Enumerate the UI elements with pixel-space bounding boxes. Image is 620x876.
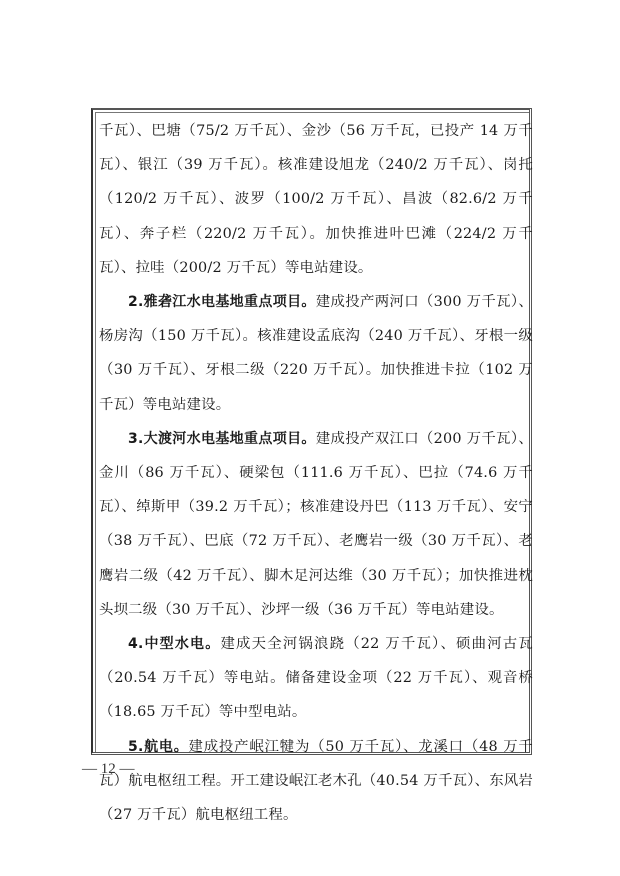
document-body: 千瓦）、巴塘（75/2 万千瓦）、金沙（56 万千瓦，已投产 14 万千瓦）、银… [99, 114, 533, 832]
page-number: — 12 — [82, 761, 135, 778]
paragraph-navigation-power: 5.航电。建成投产岷江犍为（50 万千瓦）、龙溪口（48 万千瓦）航电枢纽工程。… [99, 730, 533, 833]
paragraph-text: 建成投产双江口（200 万千瓦）、金川（86 万千瓦）、硬梁包（111.6 万千… [99, 431, 533, 618]
paragraph-yalong-river: 2.雅砻江水电基地重点项目。建成投产两河口（300 万千瓦）、杨房沟（150 万… [99, 285, 533, 422]
section-heading: 3.大渡河水电基地重点项目。 [128, 431, 316, 447]
paragraph-dadu-river: 3.大渡河水电基地重点项目。建成投产双江口（200 万千瓦）、金川（86 万千瓦… [99, 422, 533, 627]
section-heading: 2.雅砻江水电基地重点项目。 [128, 294, 316, 310]
section-heading: 4.中型水电。 [128, 636, 220, 652]
paragraph-text: 建成投产两河口（300 万千瓦）、杨房沟（150 万千瓦）。核准建设孟底沟（24… [99, 294, 533, 413]
section-heading: 5.航电。 [128, 739, 189, 755]
paragraph-jinsha-continued: 千瓦）、巴塘（75/2 万千瓦）、金沙（56 万千瓦，已投产 14 万千瓦）、银… [99, 114, 533, 285]
paragraph-medium-hydro: 4.中型水电。建成天全河锅浪跷（22 万千瓦）、硕曲河古瓦（20.54 万千瓦）… [99, 627, 533, 730]
paragraph-text: 千瓦）、巴塘（75/2 万千瓦）、金沙（56 万千瓦，已投产 14 万千瓦）、银… [99, 123, 533, 276]
